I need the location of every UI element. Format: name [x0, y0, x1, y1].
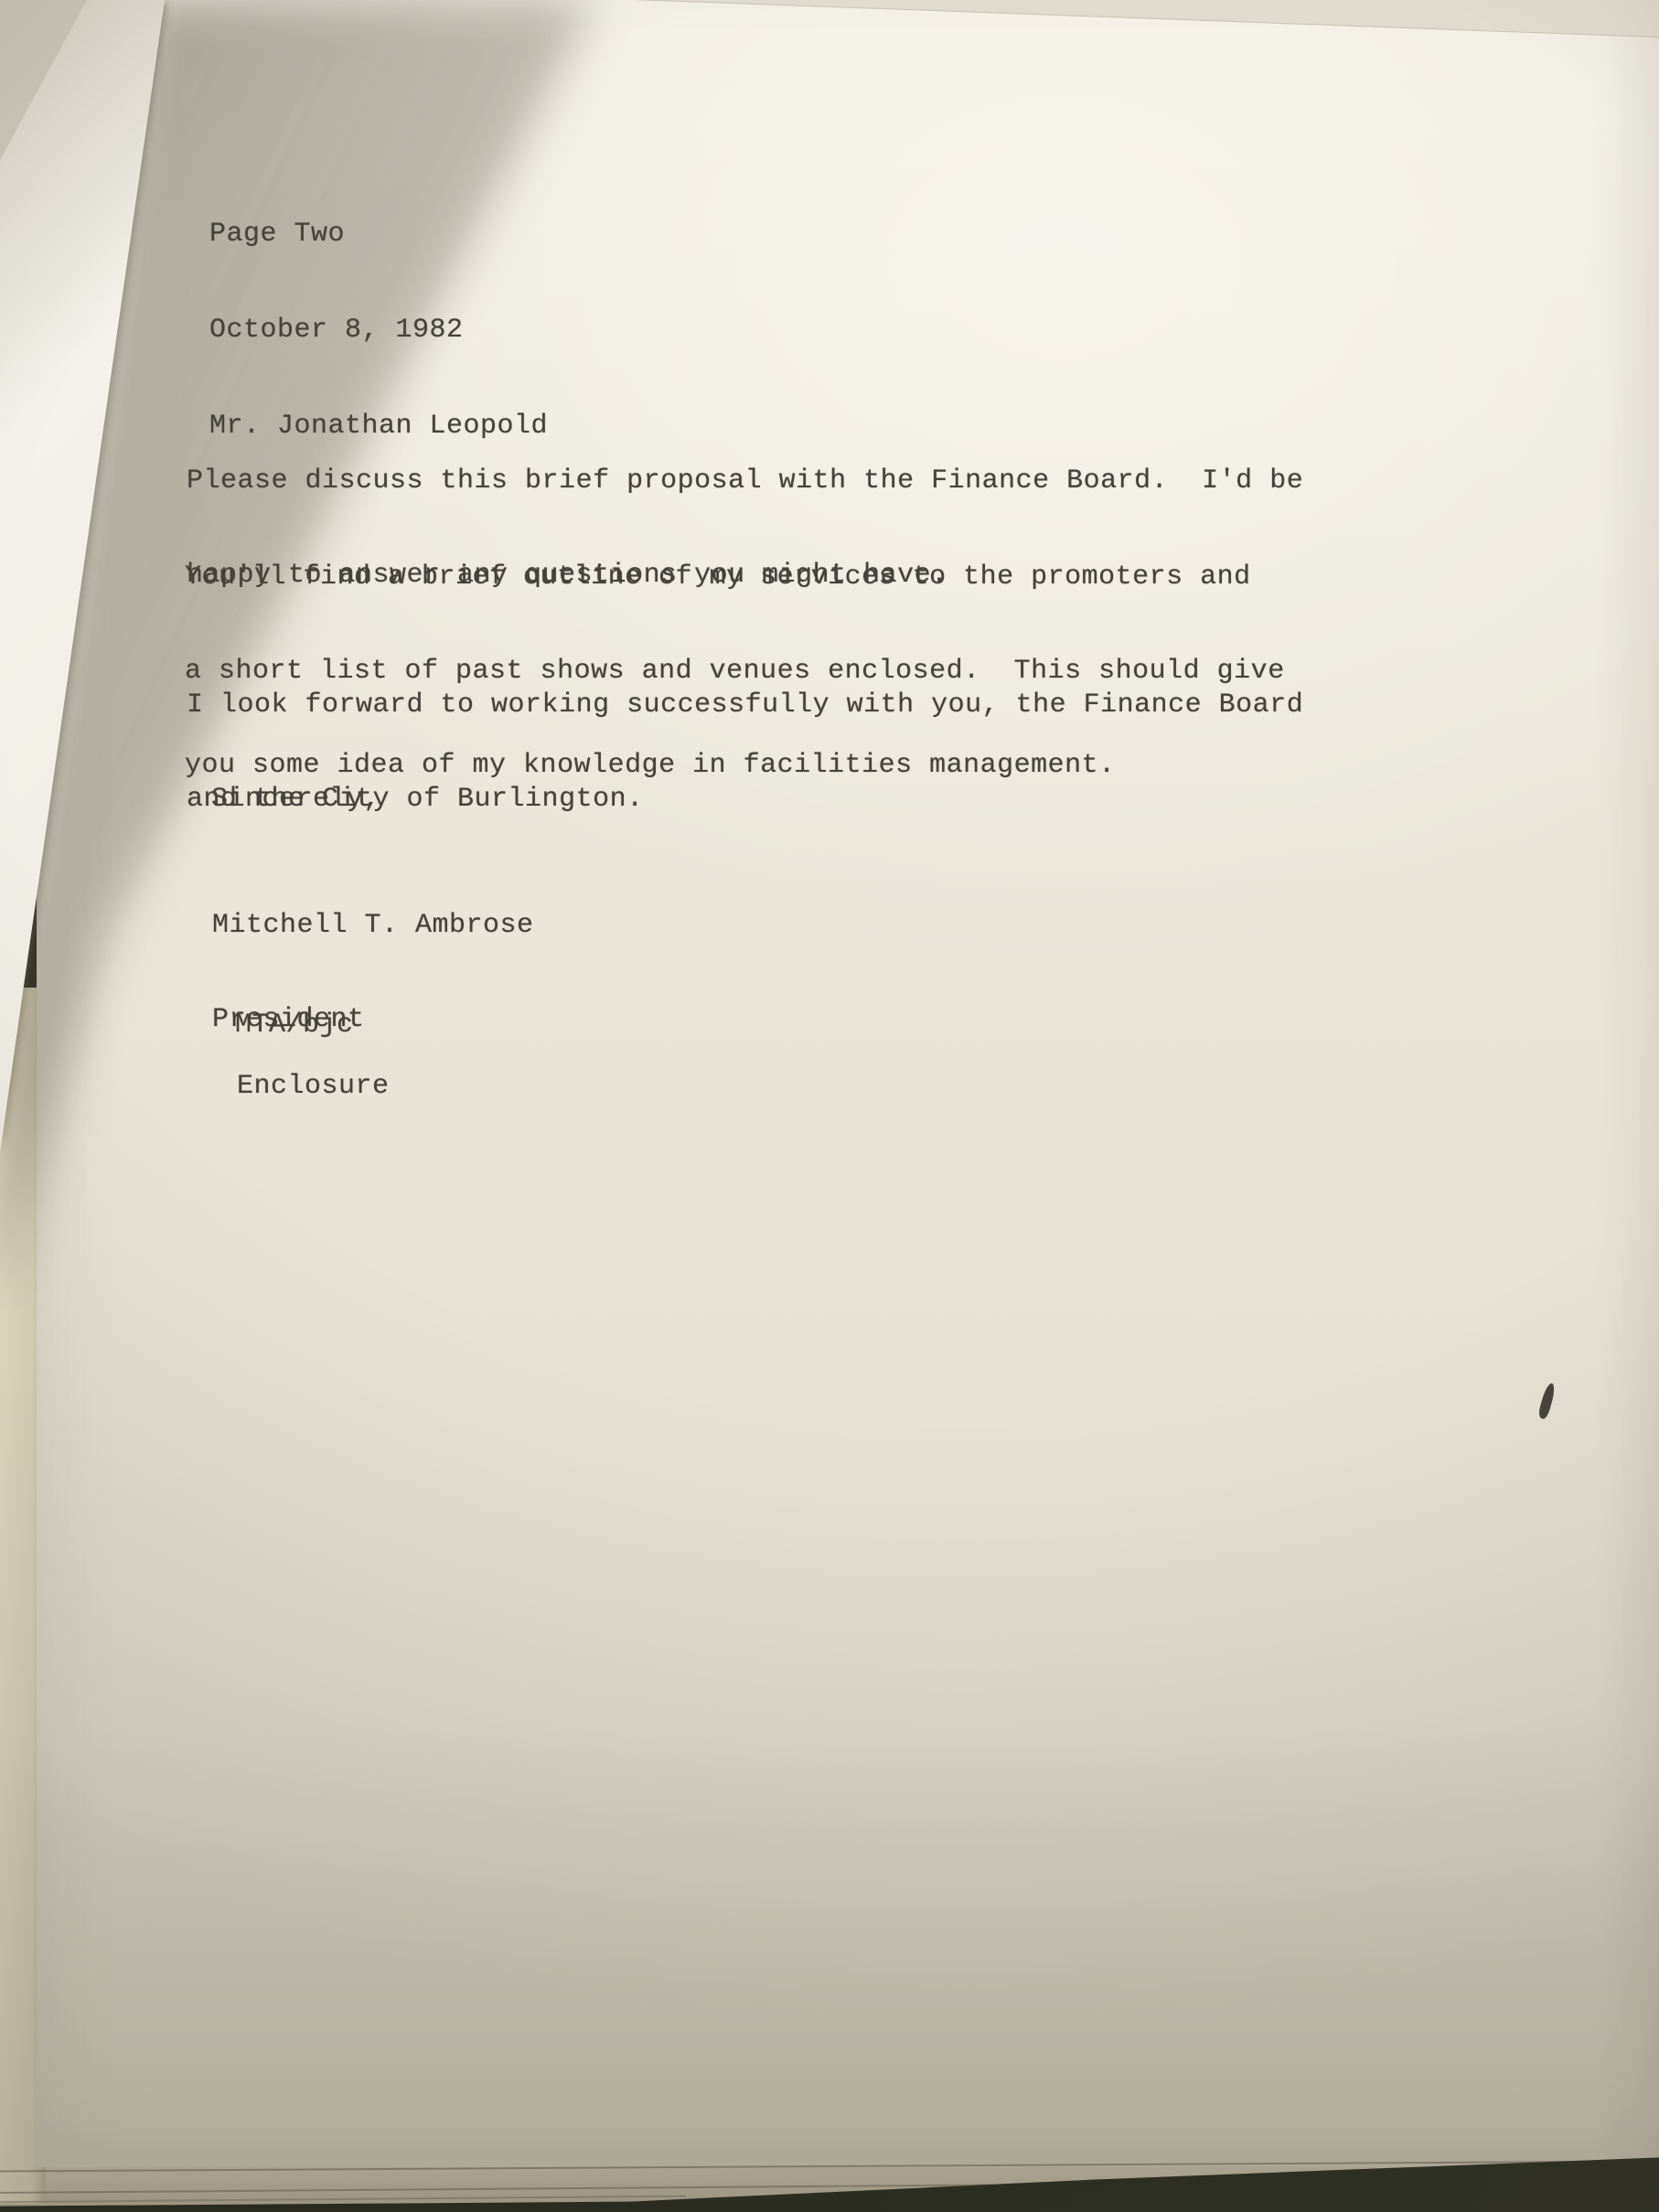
page-number-label: Page Two	[209, 218, 548, 251]
enclosure-notation: Enclosure	[237, 1009, 390, 1165]
closing-text: Sincerely,	[211, 784, 380, 816]
enclosure-text: Enclosure	[237, 1071, 390, 1103]
letter-photo: Page Two October 8, 1982 Mr. Jonathan Le…	[0, 0, 1659, 2212]
letter-date: October 8, 1982	[209, 314, 548, 347]
page-right-shade	[1595, 0, 1659, 2166]
paragraph-line: Please discuss this brief proposal with …	[187, 465, 1303, 497]
signature-name: Mitchell T. Ambrose	[212, 910, 534, 942]
paragraph-line: I look forward to working successfully w…	[187, 689, 1303, 721]
paragraph-line: You'll find a brief outline of my servic…	[185, 561, 1285, 593]
